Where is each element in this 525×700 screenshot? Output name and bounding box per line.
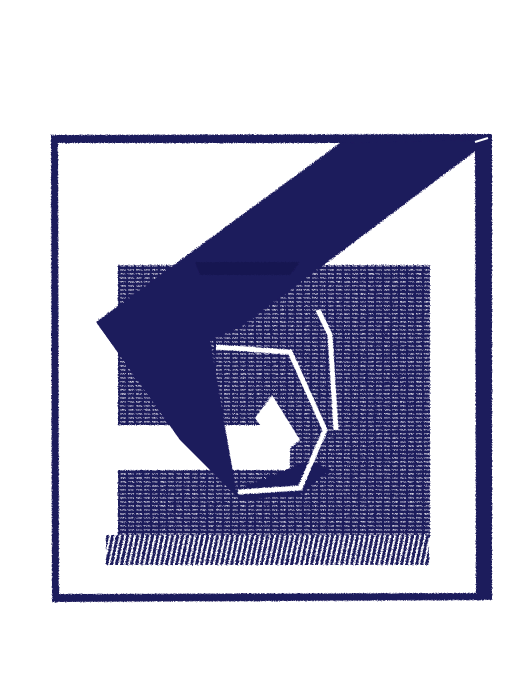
linocut-artwork [0,0,525,700]
